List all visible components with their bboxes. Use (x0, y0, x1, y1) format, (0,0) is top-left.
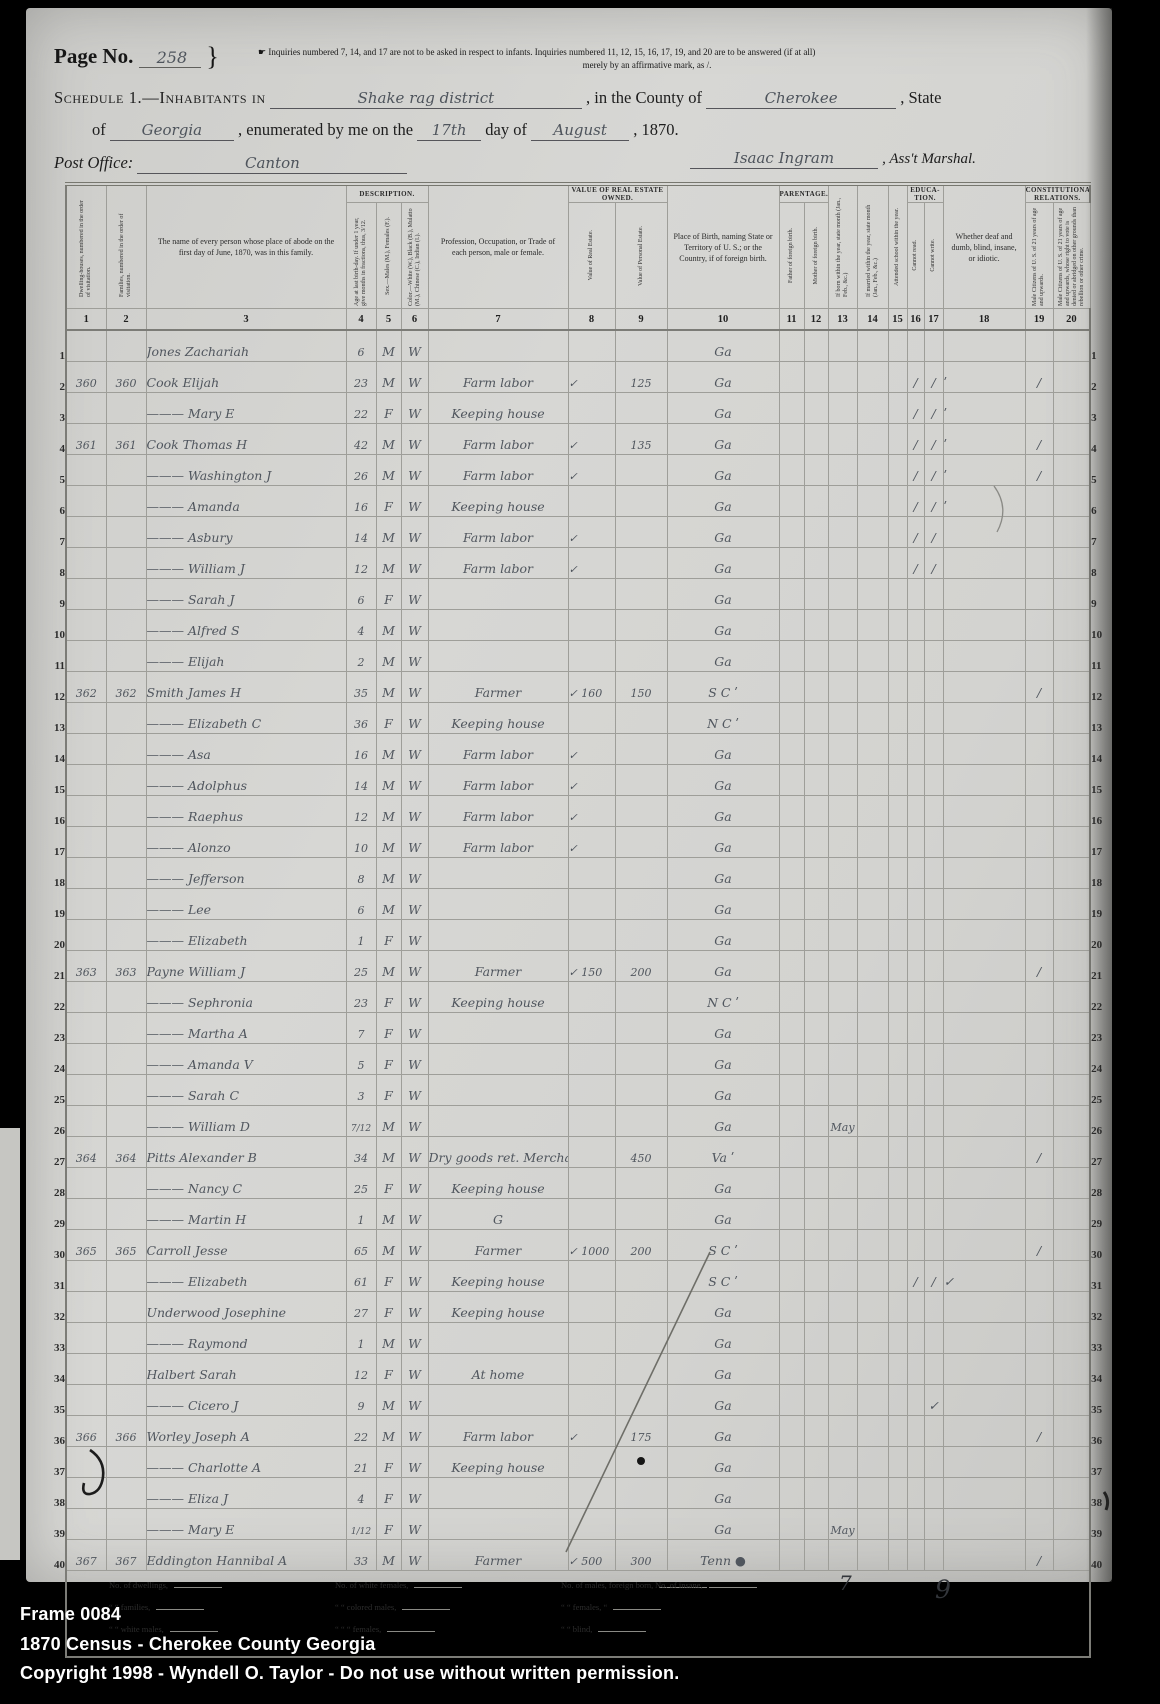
cannot-write (924, 1354, 943, 1385)
occupation: Farmer (428, 951, 568, 982)
deaf-dumb-blind (943, 1106, 1025, 1137)
post-office-line: Post Office: Canton (54, 153, 407, 174)
dwelling-number (66, 1106, 106, 1137)
mother-foreign-born (804, 610, 828, 641)
deaf-dumb-blind: ✓ (943, 1261, 1025, 1292)
marriage-month (857, 1540, 888, 1571)
family-number (106, 1168, 146, 1199)
table-row: 38——— Eliza J4FWGa38 (40, 1478, 1120, 1509)
real-estate-value (568, 393, 615, 424)
male-citizen-21 (1025, 827, 1053, 858)
row-number-left: 34 (40, 1354, 66, 1385)
cannot-write (924, 1075, 943, 1106)
table-row: 14——— Asa16MWFarm labor✓ Ga14 (40, 734, 1120, 765)
color: W (401, 1137, 428, 1168)
deaf-dumb-blind (943, 1230, 1025, 1261)
real-estate-value (568, 858, 615, 889)
birthplace: Ga (667, 951, 779, 982)
father-foreign-born (779, 424, 804, 455)
cannot-read (907, 796, 924, 827)
column-number: 12 (804, 309, 828, 331)
real-estate-value: ✓ (568, 765, 615, 796)
family-number (106, 920, 146, 951)
table-row: 20——— Elizabeth1FWGa20 (40, 920, 1120, 951)
vote-denied (1053, 1385, 1090, 1416)
family-number (106, 1385, 146, 1416)
male-citizen-21: / (1025, 1416, 1053, 1447)
real-estate-value (568, 1199, 615, 1230)
father-foreign-born (779, 1137, 804, 1168)
deaf-dumb-blind (943, 796, 1025, 827)
attended-school (888, 1168, 907, 1199)
deaf-dumb-blind (943, 1447, 1025, 1478)
personal-estate-value (615, 393, 667, 424)
tally-insane-label: No. of insane, (655, 1580, 703, 1590)
cannot-read (907, 703, 924, 734)
col-header-families: Families, numbered in the order of visit… (106, 184, 146, 309)
cannot-write: / (924, 424, 943, 455)
deaf-dumb-blind (943, 641, 1025, 672)
col-header-marriage-month: If married within the year, state month … (857, 184, 888, 309)
male-citizen-21 (1025, 641, 1053, 672)
occupation: Keeping house (428, 1292, 568, 1323)
vote-denied (1053, 1168, 1090, 1199)
color: W (401, 1199, 428, 1230)
male-citizen-21 (1025, 1106, 1053, 1137)
table-row: 29——— Martin H1MWGGa29 (40, 1199, 1120, 1230)
vote-denied (1053, 982, 1090, 1013)
birth-month (828, 1323, 857, 1354)
cannot-write (924, 672, 943, 703)
sex: F (376, 920, 401, 951)
table-row: 26——— William D7/12MWGaMay26 (40, 1106, 1120, 1137)
table-row: 35——— Cicero J9MWGa✓35 (40, 1385, 1120, 1416)
dwelling-number (66, 703, 106, 734)
vote-denied (1053, 1354, 1090, 1385)
mother-foreign-born (804, 672, 828, 703)
person-name: ——— Sarah C (146, 1075, 346, 1106)
color: W (401, 734, 428, 765)
deaf-dumb-blind (943, 672, 1025, 703)
marriage-month (857, 1385, 888, 1416)
vote-denied (1053, 889, 1090, 920)
dwelling-number (66, 579, 106, 610)
personal-estate-value (615, 641, 667, 672)
father-foreign-born (779, 1323, 804, 1354)
marriage-month (857, 1075, 888, 1106)
real-estate-value: ✓ (568, 796, 615, 827)
birthplace: Ga (667, 1168, 779, 1199)
age: 65 (346, 1230, 376, 1261)
color: W (401, 1509, 428, 1540)
real-estate-value (568, 889, 615, 920)
birth-month (828, 672, 857, 703)
sex: M (376, 1540, 401, 1571)
father-foreign-born (779, 1013, 804, 1044)
color: W (401, 1168, 428, 1199)
column-number: 11 (779, 309, 804, 331)
column-number: 14 (857, 309, 888, 331)
father-foreign-born (779, 1261, 804, 1292)
attended-school (888, 889, 907, 920)
personal-estate-value (615, 1168, 667, 1199)
dwelling-number (66, 982, 106, 1013)
real-estate-value (568, 1106, 615, 1137)
age: 21 (346, 1447, 376, 1478)
personal-estate-value (615, 455, 667, 486)
mother-foreign-born (804, 765, 828, 796)
sex: M (376, 1230, 401, 1261)
cannot-write (924, 1168, 943, 1199)
dwelling-number: 363 (66, 951, 106, 982)
family-number (106, 486, 146, 517)
marriage-month (857, 796, 888, 827)
dwelling-number: 367 (66, 1540, 106, 1571)
cannot-write (924, 1323, 943, 1354)
birthplace: Ga (667, 393, 779, 424)
column-number: 20 (1053, 309, 1090, 331)
father-foreign-born (779, 1075, 804, 1106)
sex: M (376, 1137, 401, 1168)
marriage-month (857, 1323, 888, 1354)
family-number (106, 1509, 146, 1540)
color: W (401, 641, 428, 672)
personal-estate-value (615, 1323, 667, 1354)
birth-month (828, 1168, 857, 1199)
real-estate-value: ✓ (568, 1416, 615, 1447)
col-header-birth-month: If born within the year, state month (Ja… (828, 184, 857, 309)
attended-school (888, 1509, 907, 1540)
real-estate-value (568, 1323, 615, 1354)
tally-males-foreign-label: No. of males, foreign born, (561, 1580, 653, 1590)
dwelling-number (66, 920, 106, 951)
attended-school (888, 1230, 907, 1261)
birthplace: S C ʹ (667, 1230, 779, 1261)
vote-denied (1053, 1416, 1090, 1447)
birth-month (828, 1075, 857, 1106)
attended-school (888, 579, 907, 610)
marriage-month (857, 951, 888, 982)
personal-estate-value (615, 889, 667, 920)
birth-month (828, 579, 857, 610)
cannot-write (924, 1292, 943, 1323)
attended-school (888, 1106, 907, 1137)
real-estate-value (568, 1261, 615, 1292)
group-parentage: Parentage. (779, 184, 828, 203)
color: W (401, 1323, 428, 1354)
sex: F (376, 579, 401, 610)
col-header-vote-denied: Male Citizens of U. S. of 21 years of ag… (1053, 203, 1090, 309)
color: W (401, 424, 428, 455)
county-label: , in the County of (586, 88, 702, 107)
father-foreign-born (779, 1478, 804, 1509)
personal-estate-value (615, 1106, 667, 1137)
person-name: ——— Martin H (146, 1199, 346, 1230)
marriage-month (857, 1013, 888, 1044)
row-number-left: 24 (40, 1044, 66, 1075)
vote-denied (1053, 765, 1090, 796)
age: 7/12 (346, 1106, 376, 1137)
cannot-read (907, 889, 924, 920)
mother-foreign-born (804, 455, 828, 486)
family-number (106, 827, 146, 858)
column-number: 19 (1025, 309, 1053, 331)
vote-denied (1053, 827, 1090, 858)
personal-estate-value (615, 1199, 667, 1230)
marriage-month (857, 1199, 888, 1230)
row-number-left: 32 (40, 1292, 66, 1323)
cannot-read (907, 827, 924, 858)
cannot-write: / (924, 517, 943, 548)
occupation (428, 1106, 568, 1137)
marriage-month (857, 1044, 888, 1075)
father-foreign-born (779, 1416, 804, 1447)
dwelling-number (66, 517, 106, 548)
table-row: 21363363Payne William J25MWFarmer✓ 15020… (40, 951, 1120, 982)
vote-denied (1053, 486, 1090, 517)
person-name: Cook Thomas H (146, 424, 346, 455)
cannot-write (924, 1199, 943, 1230)
father-foreign-born (779, 610, 804, 641)
vote-denied (1053, 548, 1090, 579)
age: 25 (346, 951, 376, 982)
cannot-write (924, 827, 943, 858)
marshal-title: , Ass't Marshal. (882, 151, 976, 167)
family-number (106, 1261, 146, 1292)
sex: M (376, 858, 401, 889)
marriage-month (857, 672, 888, 703)
row-number-left: 10 (40, 610, 66, 641)
family-number: 366 (106, 1416, 146, 1447)
birth-month (828, 1044, 857, 1075)
table-row: 34Halbert Sarah12FWAt homeGa34 (40, 1354, 1120, 1385)
person-name: Payne William J (146, 951, 346, 982)
personal-estate-value: 135 (615, 424, 667, 455)
occupation: Farmer (428, 1230, 568, 1261)
person-name: ——— Cicero J (146, 1385, 346, 1416)
mother-foreign-born (804, 703, 828, 734)
age: 8 (346, 858, 376, 889)
family-number: 360 (106, 362, 146, 393)
state-label: , State (900, 88, 941, 107)
occupation (428, 1044, 568, 1075)
attended-school (888, 1323, 907, 1354)
table-row: 33——— Raymond1MWGa33 (40, 1323, 1120, 1354)
person-name: ——— William J (146, 548, 346, 579)
col-header-father-foreign: Father of foreign birth. (779, 203, 804, 309)
vote-denied (1053, 1261, 1090, 1292)
birthplace: Ga (667, 1044, 779, 1075)
deaf-dumb-blind (943, 703, 1025, 734)
dwelling-number (66, 1292, 106, 1323)
attended-school (888, 393, 907, 424)
personal-estate-value (615, 1261, 667, 1292)
sex: M (376, 1106, 401, 1137)
person-name: ——— Charlotte A (146, 1447, 346, 1478)
male-citizen-21 (1025, 330, 1053, 362)
mother-foreign-born (804, 424, 828, 455)
column-number: 7 (428, 309, 568, 331)
sex: M (376, 796, 401, 827)
real-estate-value (568, 330, 615, 362)
real-estate-value: ✓ 500 (568, 1540, 615, 1571)
dwelling-number (66, 734, 106, 765)
male-citizen-21 (1025, 1323, 1053, 1354)
personal-estate-value (615, 858, 667, 889)
tally-dwellings-label: No. of dwellings, (109, 1580, 168, 1590)
dwelling-number (66, 393, 106, 424)
marriage-month (857, 1168, 888, 1199)
group-value-real-estate: Value of Real Estate owned. (568, 184, 667, 203)
age: 12 (346, 548, 376, 579)
cannot-read (907, 1199, 924, 1230)
father-foreign-born (779, 1044, 804, 1075)
table-row: 39——— Mary E1/12FWGaMay39 (40, 1509, 1120, 1540)
sex: M (376, 610, 401, 641)
census-rows: 1Jones Zachariah6MWGa12360360Cook Elijah… (40, 330, 1120, 1571)
personal-estate-value: 450 (615, 1137, 667, 1168)
table-row: 30365365Carroll Jesse65MWFarmer✓ 1000200… (40, 1230, 1120, 1261)
real-estate-value: ✓ (568, 548, 615, 579)
deaf-dumb-blind (943, 1354, 1025, 1385)
census-scan-page: { "caption": { "line1": "Frame 0084", "l… (0, 0, 1160, 1704)
age: 4 (346, 610, 376, 641)
occupation (428, 858, 568, 889)
personal-estate-value (615, 610, 667, 641)
male-citizen-21: / (1025, 1137, 1053, 1168)
tally-blank (174, 1579, 222, 1588)
mother-foreign-born (804, 1013, 828, 1044)
marriage-month (857, 1478, 888, 1509)
real-estate-value (568, 486, 615, 517)
birthplace: Ga (667, 1416, 779, 1447)
color: W (401, 548, 428, 579)
cannot-read (907, 920, 924, 951)
marriage-month (857, 1261, 888, 1292)
row-number-left: 29 (40, 1199, 66, 1230)
cannot-read (907, 1013, 924, 1044)
cannot-read (907, 1509, 924, 1540)
vote-denied (1053, 1230, 1090, 1261)
father-foreign-born (779, 734, 804, 765)
table-row: 22——— Sephronia23FWKeeping houseN C ʹ22 (40, 982, 1120, 1013)
birthplace: N C ʹ (667, 703, 779, 734)
birth-month (828, 982, 857, 1013)
male-citizen-21: / (1025, 1540, 1053, 1571)
person-name: Halbert Sarah (146, 1354, 346, 1385)
sex: F (376, 1261, 401, 1292)
cannot-read: / (907, 486, 924, 517)
birthplace: Ga (667, 1199, 779, 1230)
sex: M (376, 548, 401, 579)
father-foreign-born (779, 548, 804, 579)
birth-month (828, 765, 857, 796)
real-estate-value: ✓ (568, 362, 615, 393)
marriage-month (857, 889, 888, 920)
row-number-left: 2 (40, 362, 66, 393)
male-citizen-21 (1025, 579, 1053, 610)
birth-month (828, 858, 857, 889)
schedule-label: Schedule 1.—Inhabitants in (54, 88, 266, 107)
color: W (401, 330, 428, 362)
person-name: ——— Amanda V (146, 1044, 346, 1075)
age: 1 (346, 920, 376, 951)
col-header-sex: Sex.—Males (M.), Females (F.). (376, 203, 401, 309)
marriage-month (857, 579, 888, 610)
row-number-left: 26 (40, 1106, 66, 1137)
vote-denied (1053, 455, 1090, 486)
occupation: Dry goods ret. Merchant (428, 1137, 568, 1168)
deaf-dumb-blind: ʹ (943, 486, 1025, 517)
deaf-dumb-blind (943, 1199, 1025, 1230)
person-name: ——— Asbury (146, 517, 346, 548)
person-name: Eddington Hannibal A (146, 1540, 346, 1571)
person-name: Jones Zachariah (146, 330, 346, 362)
deaf-dumb-blind (943, 1478, 1025, 1509)
sex: M (376, 734, 401, 765)
family-number: 362 (106, 672, 146, 703)
vote-denied (1053, 703, 1090, 734)
birthplace: Ga (667, 1013, 779, 1044)
age: 6 (346, 330, 376, 362)
father-foreign-born (779, 1106, 804, 1137)
personal-estate-value (615, 330, 667, 362)
table-row: 5——— Washington J26MWFarm labor✓ Ga//ʹ/5 (40, 455, 1120, 486)
col-header-cannot-read: Cannot read. (907, 203, 924, 309)
cannot-write (924, 1447, 943, 1478)
tally-blank (709, 1579, 757, 1588)
mother-foreign-born (804, 1261, 828, 1292)
person-name: ——— Alfred S (146, 610, 346, 641)
color: W (401, 827, 428, 858)
vote-denied (1053, 1044, 1090, 1075)
dwelling-number (66, 1478, 106, 1509)
age: 1/12 (346, 1509, 376, 1540)
real-estate-value: ✓ 160 (568, 672, 615, 703)
person-name: Worley Joseph A (146, 1416, 346, 1447)
handwritten-footer-mark: 9 (935, 1575, 951, 1604)
occupation (428, 579, 568, 610)
occupation (428, 641, 568, 672)
birthplace: Ga (667, 1292, 779, 1323)
cannot-read (907, 1323, 924, 1354)
attended-school (888, 1261, 907, 1292)
father-foreign-born (779, 517, 804, 548)
birth-month (828, 827, 857, 858)
census-table: Dwelling-houses, numbered in the order o… (40, 182, 1120, 1658)
sex: F (376, 1509, 401, 1540)
sex: F (376, 1044, 401, 1075)
col-header-dwellings: Dwelling-houses, numbered in the order o… (66, 184, 106, 309)
table-row: 28——— Nancy C25FWKeeping houseGa28 (40, 1168, 1120, 1199)
male-citizen-21 (1025, 796, 1053, 827)
father-foreign-born (779, 1447, 804, 1478)
occupation: Farm labor (428, 548, 568, 579)
table-row: 24——— Amanda V5FWGa24 (40, 1044, 1120, 1075)
cannot-read: / (907, 362, 924, 393)
group-description: Description. (346, 184, 428, 203)
real-estate-value (568, 1044, 615, 1075)
birth-month (828, 1292, 857, 1323)
color: W (401, 920, 428, 951)
row-number-left: 8 (40, 548, 66, 579)
person-name: ——— Mary E (146, 1509, 346, 1540)
male-citizen-21 (1025, 1199, 1053, 1230)
family-number: 367 (106, 1540, 146, 1571)
deaf-dumb-blind: ʹ (943, 455, 1025, 486)
person-name: ——— Amanda (146, 486, 346, 517)
personal-estate-value: 125 (615, 362, 667, 393)
